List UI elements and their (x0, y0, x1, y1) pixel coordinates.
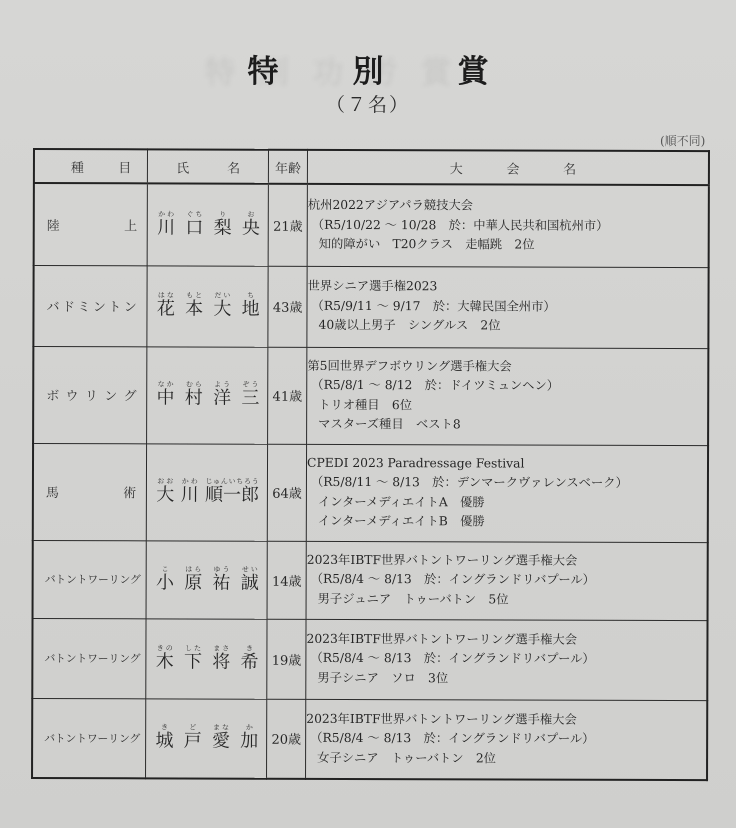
sport-cell: 陸上 (34, 183, 148, 265)
table-row: バトントワーリング小こ原はら祐ゆう誠せい14歳2023年IBTF世界バトントワー… (33, 540, 708, 620)
furigana: もと (185, 291, 203, 299)
header-event: 大会名 (307, 150, 709, 185)
name-kanji: 木きの (156, 644, 174, 673)
furigana: かわ (157, 210, 175, 218)
furigana: ぞう (241, 381, 259, 389)
sport-text: ン (93, 296, 106, 315)
furigana: なか (157, 380, 175, 388)
name-kanji: 村むら (185, 380, 203, 409)
furigana: だい (213, 292, 231, 300)
furigana: お (242, 210, 260, 218)
event-cell: 2023年IBTF世界バトントワーリング選手権大会（R5/8/4 ～ 8/13 … (306, 541, 708, 620)
name-kanji: 戸ど (184, 724, 202, 753)
furigana: ち (242, 292, 260, 300)
name-kanji: 本もと (185, 291, 203, 320)
furigana: せい (241, 565, 259, 573)
age-cell: 20歳 (267, 699, 306, 779)
name-kanji: 洋よう (213, 381, 231, 410)
athlete-name-cell: 木きの下した将まさ希き (146, 618, 267, 698)
sport-text: ド (62, 296, 75, 315)
event-detail: 男子ジュニア トゥーバトン 5位 (307, 590, 707, 611)
furigana: じゅんいちろう (205, 478, 259, 486)
table-row: バドミントン花はな本もと大だい地ち43歳世界シニア選手権2023（R5/9/11… (33, 265, 708, 348)
event-detail: （R5/8/4 ～ 8/13 於：イングランドリバプール） (307, 570, 707, 591)
sport-text: バトントワーリング (44, 732, 140, 745)
age-cell: 21歳 (268, 184, 307, 266)
athlete-name-cell: 大おお川かわ順一郎じゅんいちろう (147, 443, 268, 540)
age-cell: 64歳 (267, 444, 306, 541)
athlete-name-cell: 城き戸ど愛まな加か (146, 698, 267, 778)
name-kanji: 地ち (242, 292, 260, 321)
name-kanji: 央お (242, 210, 260, 239)
event-detail: （R5/8/1 ～ 8/12 於：ドイツミュンヘン） (307, 376, 707, 397)
event-detail: （R5/8/4 ～ 8/13 於：イングランドリバプール） (306, 729, 706, 750)
sport-text: 上 (124, 215, 137, 234)
furigana: まさ (212, 644, 230, 652)
sport-cell: 馬術 (33, 443, 147, 540)
event-detail: （R5/8/11 ～ 8/13 於：デンマークヴァレンスベーク） (307, 473, 707, 494)
table-row: ボウリング中なか村むら洋よう三ぞう41歳第5回世界デフボウリング選手権大会（R5… (33, 346, 708, 445)
furigana: き (241, 644, 259, 652)
page-title: 特別賞 (0, 46, 736, 91)
name-kanji: 順一郎じゅんいちろう (205, 478, 259, 507)
event-title: 世界シニア選手権2023 (308, 277, 708, 298)
order-note: (順不同) (660, 132, 705, 149)
name-kanji: 城き (155, 724, 173, 753)
awards-table: 種目 氏名 年齢 大会名 陸上川かわ口ぐち梨り央お21歳杭州2022アジアパラ競… (31, 148, 710, 781)
event-detail: トリオ種目 6位 (307, 395, 707, 416)
event-cell: 第5回世界デフボウリング選手権大会（R5/8/1 ～ 8/12 於：ドイツミュン… (307, 347, 709, 445)
sport-cell: バトントワーリング (32, 618, 146, 698)
event-detail: （R5/9/11 ～ 9/17 於：大韓民国全州市） (308, 297, 708, 318)
sport-text: 陸 (47, 215, 60, 234)
name-kanji: 祐ゆう (212, 565, 230, 594)
sport-cell: バトントワーリング (32, 698, 146, 778)
furigana: よう (213, 381, 231, 389)
event-detail: インターメディエイトA 優勝 (307, 492, 707, 513)
event-detail: 知的障がい T20クラス 走幅跳 2位 (308, 235, 708, 256)
sport-text: ト (108, 296, 121, 315)
table-row: 陸上川かわ口ぐち梨り央お21歳杭州2022アジアパラ競技大会（R5/10/22 … (34, 183, 709, 267)
age-cell: 43歳 (268, 266, 307, 347)
name-kanji: 希き (240, 644, 258, 673)
sport-text: ミ (77, 296, 90, 315)
event-title: CPEDI 2023 Paradressage Festival (307, 453, 707, 474)
name-kanji: 口ぐち (185, 210, 203, 239)
age-cell: 41歳 (268, 347, 307, 444)
name-kanji: 中なか (157, 380, 175, 409)
name-kanji: 加か (240, 724, 258, 753)
header-sport: 種目 (34, 149, 148, 183)
event-title: 第5回世界デフボウリング選手権大会 (307, 356, 707, 377)
title-char: 賞 (458, 46, 489, 91)
furigana: か (240, 724, 258, 732)
furigana: り (214, 210, 232, 218)
table-row: バトントワーリング木きの下した将まさ希き19歳2023年IBTF世界バトントワー… (32, 618, 707, 700)
event-detail: 男子シニア ソロ 3位 (306, 669, 706, 690)
title-char: 別 (353, 46, 384, 91)
sport-text: ン (124, 296, 137, 315)
header-name: 氏名 (148, 149, 269, 183)
name-kanji: 原はら (184, 565, 202, 594)
name-kanji: 三ぞう (241, 381, 259, 410)
name-kanji: 大おお (156, 477, 174, 506)
age-cell: 19歳 (267, 619, 306, 699)
event-cell: 杭州2022アジアパラ競技大会（R5/10/22 ～ 10/28 於：中華人民共… (307, 184, 709, 267)
event-cell: 2023年IBTF世界バトントワーリング選手権大会（R5/8/4 ～ 8/13 … (306, 699, 708, 780)
name-kanji: 川かわ (157, 210, 175, 239)
athlete-name-cell: 中なか村むら洋よう三ぞう (147, 346, 268, 443)
furigana: まな (212, 724, 230, 732)
furigana: はら (184, 565, 202, 573)
title-char: 特 (248, 46, 279, 91)
sport-text: ボ (46, 385, 59, 404)
event-detail: （R5/10/22 ～ 10/28 於：中華人民共和国杭州市） (308, 215, 708, 236)
name-kanji: 梨り (214, 210, 232, 239)
name-kanji: 愛まな (212, 724, 230, 753)
furigana: き (156, 724, 174, 732)
table-header-row: 種目 氏名 年齢 大会名 (34, 149, 709, 185)
sport-text: 術 (123, 482, 136, 501)
name-kanji: 大だい (213, 292, 231, 321)
table-row: バトントワーリング城き戸ど愛まな加か20歳2023年IBTF世界バトントワーリン… (32, 698, 707, 780)
sport-text: バトントワーリング (44, 652, 140, 665)
furigana: むら (185, 380, 203, 388)
furigana: ど (184, 724, 202, 732)
furigana: おお (156, 477, 174, 485)
event-cell: 2023年IBTF世界バトントワーリング選手権大会（R5/8/4 ～ 8/13 … (306, 619, 708, 700)
header-age: 年齢 (269, 150, 308, 184)
sport-cell: ボウリング (33, 346, 147, 443)
event-title: 2023年IBTF世界バトントワーリング選手権大会 (307, 551, 707, 572)
event-cell: CPEDI 2023 Paradressage Festival（R5/8/11… (306, 444, 708, 542)
name-kanji: 将まさ (212, 644, 230, 673)
age-cell: 14歳 (267, 541, 306, 619)
event-title: 2023年IBTF世界バトントワーリング選手権大会 (306, 709, 706, 730)
name-kanji: 小こ (156, 565, 174, 594)
athlete-name-cell: 花はな本もと大だい地ち (147, 265, 268, 346)
furigana: こ (156, 565, 174, 573)
sport-text: リ (85, 385, 98, 404)
event-detail: 40歳以上男子 シングルス 2位 (307, 316, 707, 337)
athlete-name-cell: 小こ原はら祐ゆう誠せい (146, 540, 267, 618)
sport-text: 馬 (46, 482, 59, 501)
furigana: ぐち (185, 210, 203, 218)
sport-text: ン (104, 385, 117, 404)
furigana: した (184, 644, 202, 652)
sport-cell: バトントワーリング (33, 540, 147, 618)
furigana: ゆう (213, 565, 231, 573)
sport-text: ウ (66, 385, 79, 404)
name-kanji: 川かわ (181, 477, 199, 506)
athlete-name-cell: 川かわ口ぐち梨り央お (147, 183, 268, 265)
recipient-count: （７名） (0, 90, 736, 117)
name-kanji: 下した (184, 644, 202, 673)
table-row: 馬術大おお川かわ順一郎じゅんいちろう64歳CPEDI 2023 Paradres… (33, 443, 708, 542)
furigana: きの (156, 644, 174, 652)
furigana: はな (157, 291, 175, 299)
event-detail: 女子シニア トゥーバトン 2位 (306, 748, 706, 769)
name-kanji: 花はな (157, 291, 175, 320)
furigana: かわ (181, 477, 199, 485)
sport-text: バトントワーリング (45, 573, 141, 586)
event-title: 杭州2022アジアパラ競技大会 (308, 196, 708, 217)
sport-cell: バドミントン (33, 265, 147, 346)
name-kanji: 誠せい (241, 565, 259, 594)
event-detail: （R5/8/4 ～ 8/13 於：イングランドリバプール） (306, 649, 706, 670)
event-title: 2023年IBTF世界バトントワーリング選手権大会 (306, 630, 706, 651)
event-detail: マスターズ種目 ベスト8 (307, 415, 707, 436)
sport-text: グ (124, 385, 137, 404)
event-detail: インターメディエイトB 優勝 (307, 512, 707, 533)
event-cell: 世界シニア選手権2023（R5/9/11 ～ 9/17 於：大韓民国全州市）40… (307, 266, 709, 348)
sport-text: バ (46, 296, 59, 315)
